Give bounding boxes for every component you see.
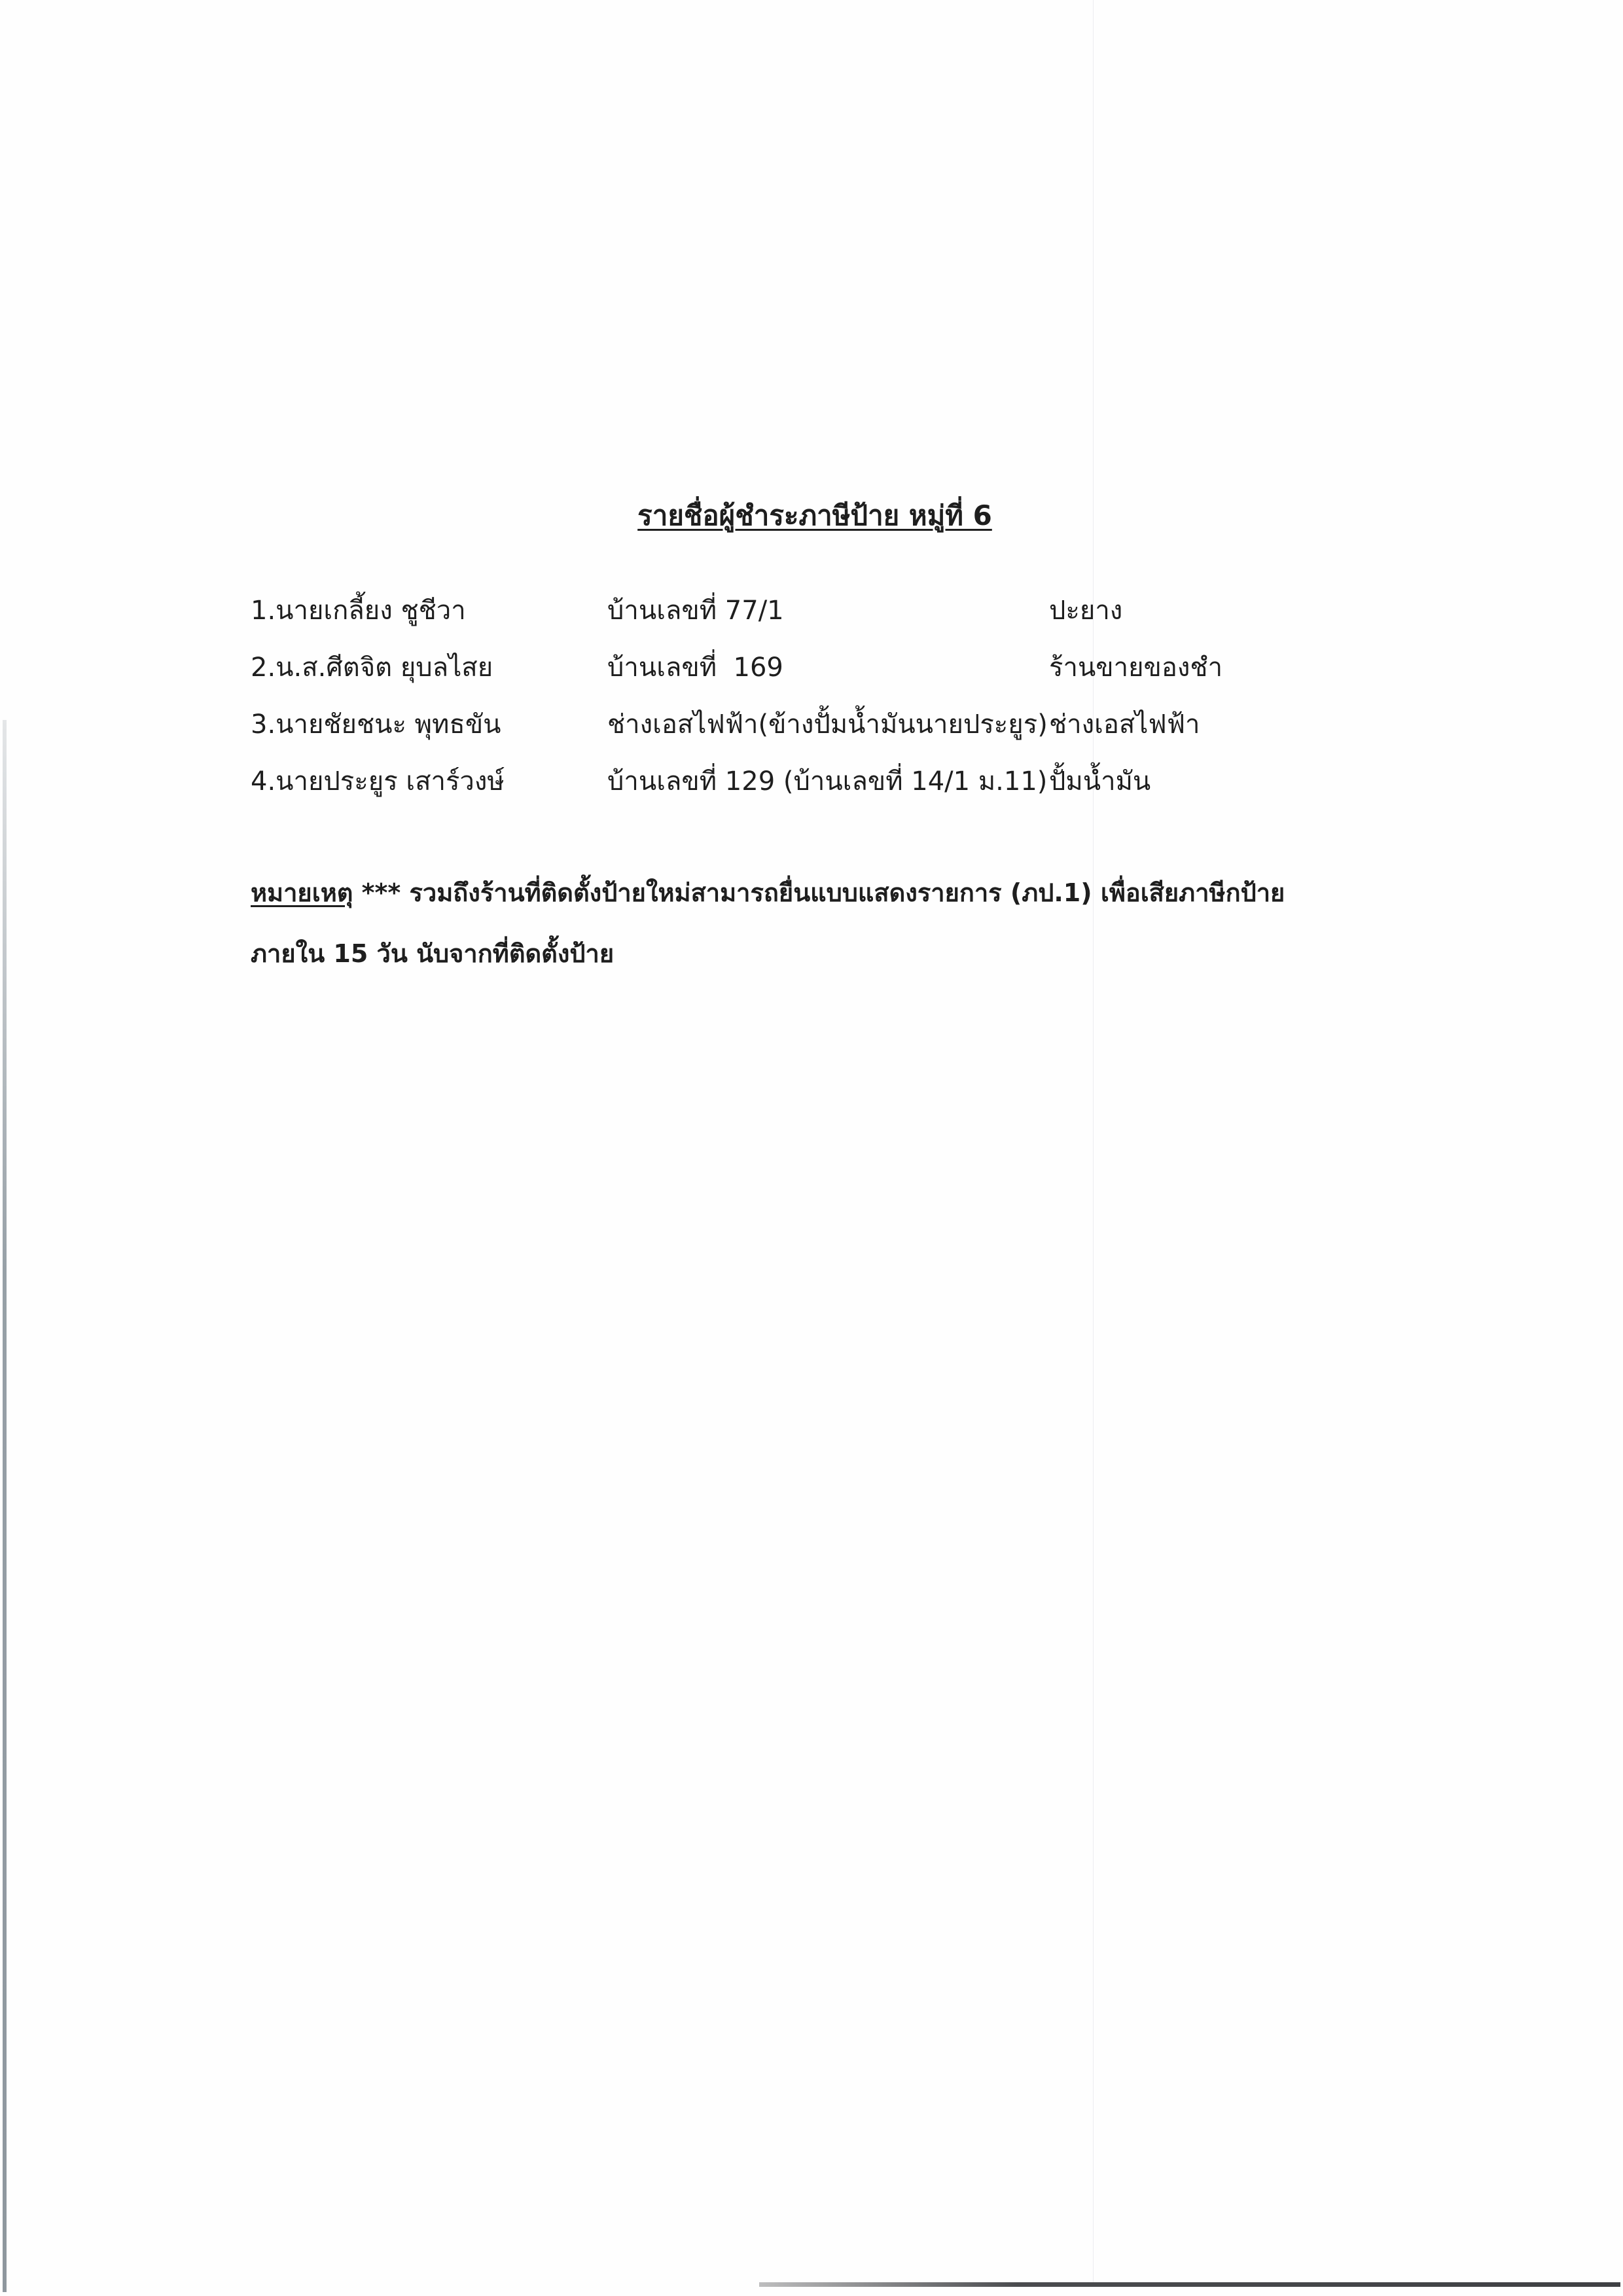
list-item: 2.น.ส.ศีตจิต ยุบลไสย บ้านเลขที่ 169 ร้าน… (251, 638, 1363, 695)
list-item: 1.นายเกลี้ยง ชูชีวา บ้านเลขที่ 77/1 ปะยา… (251, 581, 1363, 638)
business-type: ช่างเอสไฟฟ้า (1049, 703, 1200, 745)
remark-block: หมายเหตุ *** รวมถึงร้านที่ติดตั้งป้ายใหม… (251, 863, 1376, 984)
remark-text: *** รวมถึงร้านที่ติดตั้งป้ายใหม่สามารถยื… (353, 878, 1285, 907)
taxpayer-address: บ้านเลขที่ 129 (บ้านเลขที่ 14/1 ม.11) (607, 760, 1049, 802)
taxpayer-name: 1.นายเกลี้ยง ชูชีวา (251, 589, 607, 631)
remark-line-2: ภายใน 15 วัน นับจากที่ติดตั้งป้าย (251, 924, 1376, 984)
document-title: รายชื่อผู้ชำระภาษีป้าย หมู่ที่ 6 (0, 496, 1623, 535)
taxpayer-name: 2.น.ส.ศีตจิต ยุบลไสย (251, 646, 607, 688)
taxpayer-address: ช่างเอสไฟฟ้า(ข้างปั้มน้ำมันนายประยูร) (607, 703, 1049, 745)
scan-edge-left (3, 720, 7, 2292)
remark-label: หมายเหตุ (251, 878, 353, 907)
business-type: ปั้มน้ำมัน (1049, 760, 1150, 802)
list-item: 4.นายประยูร เสาร์วงษ์ บ้านเลขที่ 129 (บ้… (251, 752, 1363, 809)
taxpayer-name: 3.นายชัยชนะ พุทธขัน (251, 703, 607, 745)
document-page: รายชื่อผู้ชำระภาษีป้าย หมู่ที่ 6 1.นายเก… (0, 0, 1623, 2296)
scan-edge-bottom (759, 2282, 1620, 2287)
scan-fold-line (1093, 0, 1094, 2284)
list-item: 3.นายชัยชนะ พุทธขัน ช่างเอสไฟฟ้า(ข้างปั้… (251, 695, 1363, 752)
taxpayer-address: บ้านเลขที่ 169 (607, 646, 1049, 688)
taxpayer-name: 4.นายประยูร เสาร์วงษ์ (251, 760, 607, 802)
remark-line-1: หมายเหตุ *** รวมถึงร้านที่ติดตั้งป้ายใหม… (251, 863, 1376, 924)
taxpayer-address: บ้านเลขที่ 77/1 (607, 589, 1049, 631)
business-type: ร้านขายของชำ (1049, 646, 1222, 688)
business-type: ปะยาง (1049, 589, 1122, 631)
taxpayer-list: 1.นายเกลี้ยง ชูชีวา บ้านเลขที่ 77/1 ปะยา… (251, 581, 1363, 809)
